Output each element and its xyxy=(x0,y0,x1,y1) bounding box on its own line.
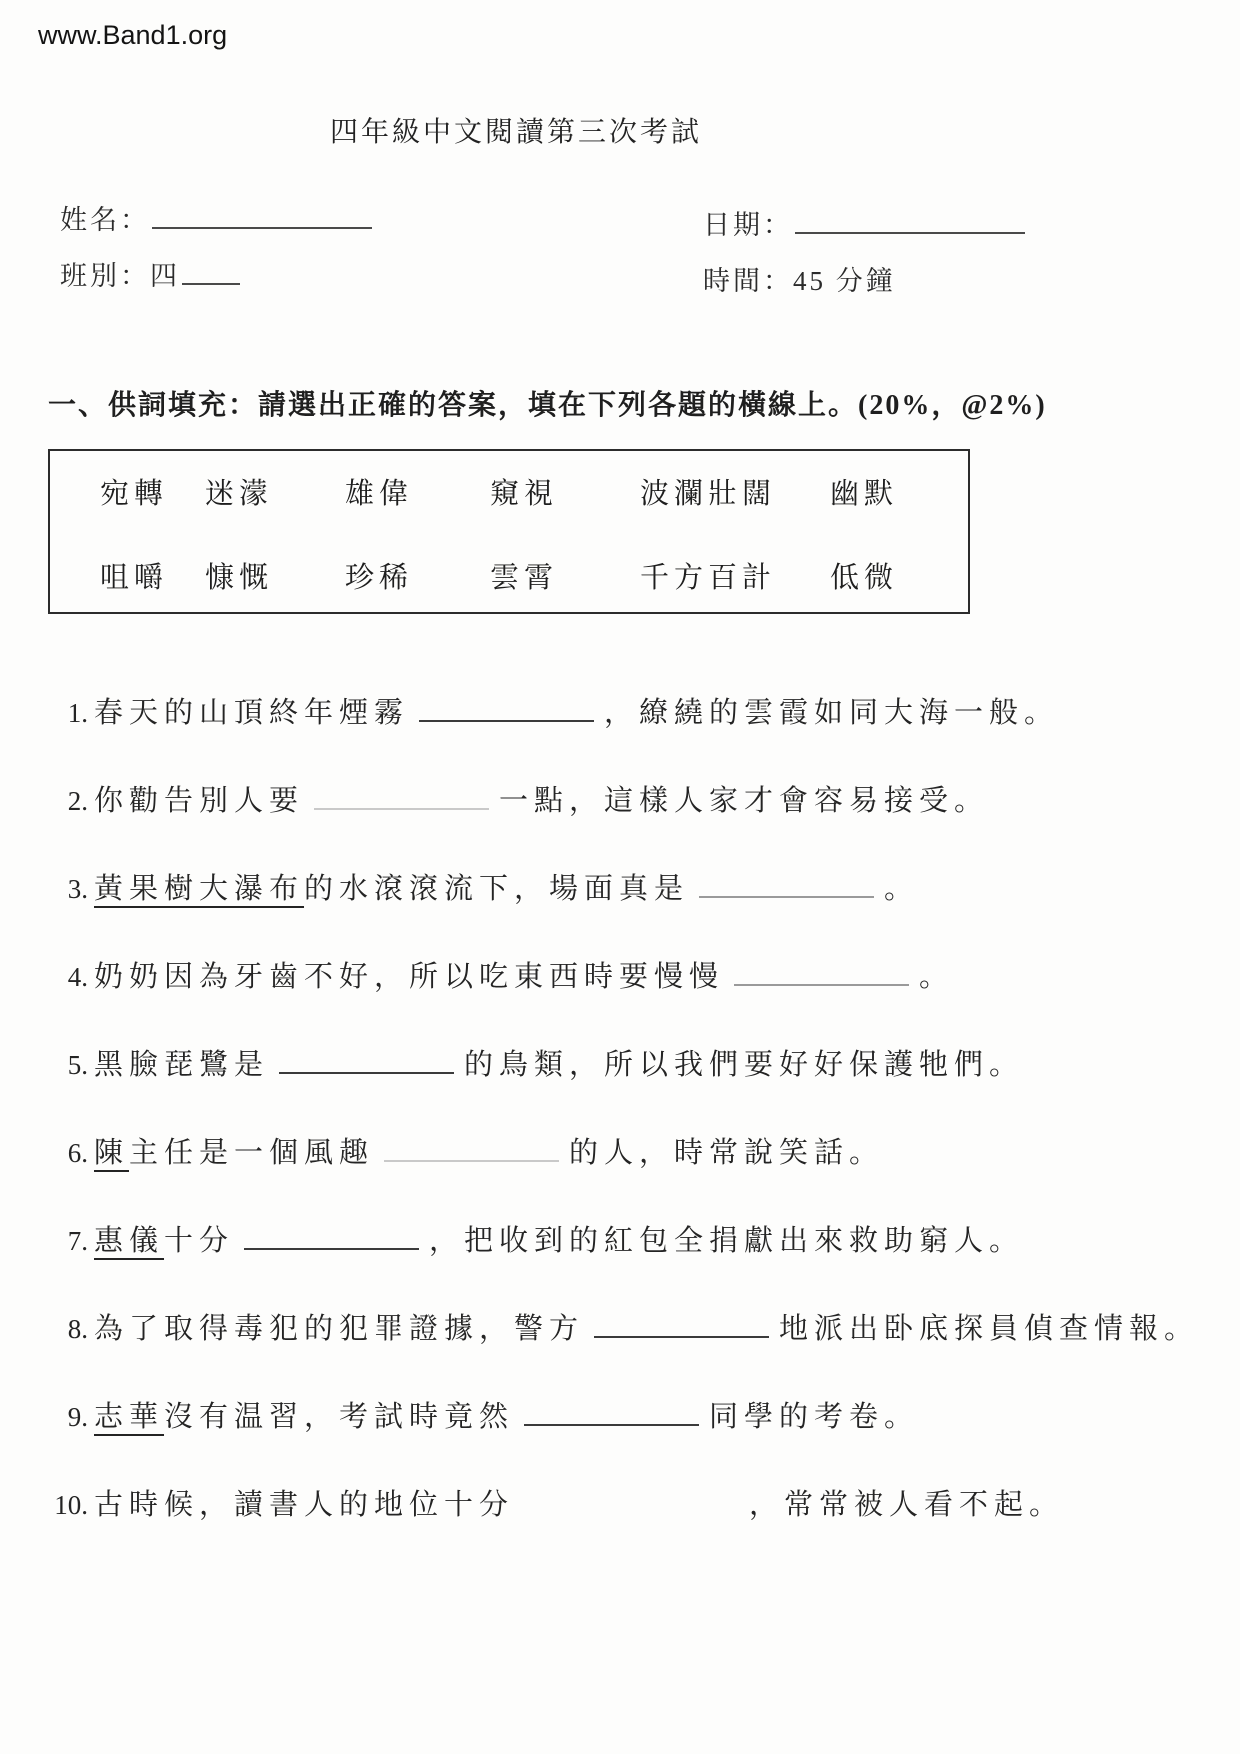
proper-noun: 志華 xyxy=(94,1401,164,1433)
word-bank-word: 雲霄 xyxy=(490,557,640,599)
class-prefix: 四 xyxy=(150,261,180,291)
exam-info-block: 日期： 時間：45 分鐘 xyxy=(703,203,1025,315)
question-segment: 。 xyxy=(884,873,919,905)
word-bank-row: 宛轉迷濛雄偉窺視波瀾壯闊幽默 xyxy=(100,473,968,515)
question-text: 陳主任是一個風趣的人，時常說笑話。 xyxy=(94,1134,884,1172)
word-bank-word: 低微 xyxy=(830,557,968,599)
proper-noun: 黃果樹大瀑布 xyxy=(94,873,304,905)
question-text: 奶奶因為牙齒不好，所以吃東西時要慢慢。 xyxy=(94,958,954,996)
word-bank-word: 咀嚼 xyxy=(100,557,205,599)
name-input-line[interactable] xyxy=(152,201,372,229)
section-heading: 一、供詞填充：請選出正確的答案，填在下列各題的橫線上。(20%，@2%) xyxy=(48,383,1213,423)
time-label: 時間： xyxy=(703,266,793,296)
proper-noun: 陳 xyxy=(94,1137,129,1169)
question-segment: ，繚繞的雲霞如同大海一般。 xyxy=(604,697,1059,729)
question-row: 4.奶奶因為牙齒不好，所以吃東西時要慢慢。 xyxy=(48,958,1213,996)
word-bank-word: 迷濛 xyxy=(205,473,345,515)
word-bank-word: 慷慨 xyxy=(205,557,345,599)
answer-blank[interactable] xyxy=(314,783,489,810)
answer-blank[interactable] xyxy=(734,959,909,986)
date-row: 日期： xyxy=(703,203,1025,242)
answer-blank[interactable] xyxy=(419,695,594,722)
answer-blank[interactable] xyxy=(699,871,874,898)
question-number: 7. xyxy=(48,1226,94,1257)
question-segment: 十分 xyxy=(164,1225,234,1257)
class-input-line[interactable] xyxy=(182,257,240,285)
word-bank-word: 窺視 xyxy=(490,473,640,515)
question-number: 3. xyxy=(48,874,94,905)
question-row: 1.春天的山頂終年煙霧，繚繞的雲霞如同大海一般。 xyxy=(48,694,1213,732)
question-segment: 的人，時常說笑話。 xyxy=(569,1137,884,1169)
proper-noun: 惠儀 xyxy=(94,1225,164,1257)
question-segment: ，常常被人看不起。 xyxy=(749,1489,1064,1521)
word-bank-word: 千方百計 xyxy=(640,557,830,599)
question-segment: 你勸告別人要 xyxy=(94,785,304,817)
question-segment: 地派出卧底探員偵查情報。 xyxy=(779,1313,1199,1345)
question-segment: 春天的山頂終年煙霧 xyxy=(94,697,409,729)
question-segment: 的水滾滾流下，場面真是 xyxy=(304,873,689,905)
word-bank-word: 雄偉 xyxy=(345,473,490,515)
question-number: 8. xyxy=(48,1314,94,1345)
question-number: 6. xyxy=(48,1138,94,1169)
question-segment: 。 xyxy=(919,961,954,993)
word-bank-word: 宛轉 xyxy=(100,473,205,515)
exam-page: www.Band1.org 四年級中文閱讀第三次考試 姓名： 班別：四 日期： … xyxy=(0,0,1240,1754)
question-segment: 古時候，讀書人的地位十分 xyxy=(94,1489,514,1521)
question-segment: 同學的考卷。 xyxy=(709,1401,919,1433)
question-number: 10. xyxy=(48,1490,94,1521)
class-label: 班別： xyxy=(60,261,150,291)
question-number: 4. xyxy=(48,962,94,993)
question-segment: ，把收到的紅包全捐獻出來救助窮人。 xyxy=(429,1225,1024,1257)
name-label: 姓名： xyxy=(60,205,150,235)
time-row: 時間：45 分鐘 xyxy=(703,259,1025,298)
question-row: 6.陳主任是一個風趣的人，時常說笑話。 xyxy=(48,1134,1213,1172)
question-segment: 一點，這樣人家才會容易接受。 xyxy=(499,785,989,817)
section-one: 一、供詞填充：請選出正確的答案，填在下列各題的橫線上。(20%，@2%) 宛轉迷… xyxy=(48,383,1213,1574)
name-row: 姓名： xyxy=(60,198,372,237)
question-text: 為了取得毒犯的犯罪證據，警方地派出卧底探員偵查情報。 xyxy=(94,1310,1199,1348)
question-segment: 奶奶因為牙齒不好，所以吃東西時要慢慢 xyxy=(94,961,724,993)
question-segment: 沒有温習，考試時竟然 xyxy=(164,1401,514,1433)
word-bank-word: 幽默 xyxy=(830,473,968,515)
question-row: 3.黃果樹大瀑布的水滾滾流下，場面真是。 xyxy=(48,870,1213,908)
question-list: 1.春天的山頂終年煙霧，繚繞的雲霞如同大海一般。2.你勸告別人要一點，這樣人家才… xyxy=(48,694,1213,1524)
question-row: 10.古時候，讀書人的地位十分，常常被人看不起。 xyxy=(48,1486,1213,1524)
question-row: 5.黑臉琵鷺是的鳥類，所以我們要好好保護牠們。 xyxy=(48,1046,1213,1084)
question-text: 黃果樹大瀑布的水滾滾流下，場面真是。 xyxy=(94,870,919,908)
date-label: 日期： xyxy=(703,210,793,240)
answer-blank[interactable] xyxy=(594,1311,769,1338)
answer-blank[interactable] xyxy=(524,1399,699,1426)
student-info-block: 姓名： 班別：四 xyxy=(60,198,372,310)
class-row: 班別：四 xyxy=(60,254,372,293)
question-text: 春天的山頂終年煙霧，繚繞的雲霞如同大海一般。 xyxy=(94,694,1059,732)
question-row: 2.你勸告別人要一點，這樣人家才會容易接受。 xyxy=(48,782,1213,820)
question-number: 5. xyxy=(48,1050,94,1081)
answer-blank[interactable] xyxy=(524,1487,739,1514)
question-row: 7.惠儀十分，把收到的紅包全捐獻出來救助窮人。 xyxy=(48,1222,1213,1260)
question-number: 9. xyxy=(48,1402,94,1433)
answer-blank[interactable] xyxy=(384,1135,559,1162)
answer-blank[interactable] xyxy=(244,1223,419,1250)
question-text: 古時候，讀書人的地位十分，常常被人看不起。 xyxy=(94,1486,1064,1524)
word-bank-word: 珍稀 xyxy=(345,557,490,599)
word-bank-box: 宛轉迷濛雄偉窺視波瀾壯闊幽默咀嚼慷慨珍稀雲霄千方百計低微 xyxy=(48,449,970,614)
question-segment: 的鳥類，所以我們要好好保護牠們。 xyxy=(464,1049,1024,1081)
question-segment: 黑臉琵鷺是 xyxy=(94,1049,269,1081)
question-text: 志華沒有温習，考試時竟然同學的考卷。 xyxy=(94,1398,919,1436)
date-input-line[interactable] xyxy=(795,206,1025,234)
watermark-text: www.Band1.org xyxy=(38,20,227,51)
question-number: 1. xyxy=(48,698,94,729)
page-title: 四年級中文閱讀第三次考試 xyxy=(330,110,702,150)
question-segment: 主任是一個風趣 xyxy=(129,1137,374,1169)
question-text: 惠儀十分，把收到的紅包全捐獻出來救助窮人。 xyxy=(94,1222,1024,1260)
time-value: 45 分鐘 xyxy=(793,266,896,296)
question-row: 9.志華沒有温習，考試時竟然同學的考卷。 xyxy=(48,1398,1213,1436)
question-row: 8.為了取得毒犯的犯罪證據，警方地派出卧底探員偵查情報。 xyxy=(48,1310,1213,1348)
question-text: 你勸告別人要一點，這樣人家才會容易接受。 xyxy=(94,782,989,820)
question-segment: 為了取得毒犯的犯罪證據，警方 xyxy=(94,1313,584,1345)
question-number: 2. xyxy=(48,786,94,817)
answer-blank[interactable] xyxy=(279,1047,454,1074)
word-bank-word: 波瀾壯闊 xyxy=(640,473,830,515)
question-text: 黑臉琵鷺是的鳥類，所以我們要好好保護牠們。 xyxy=(94,1046,1024,1084)
word-bank-row: 咀嚼慷慨珍稀雲霄千方百計低微 xyxy=(100,557,968,599)
